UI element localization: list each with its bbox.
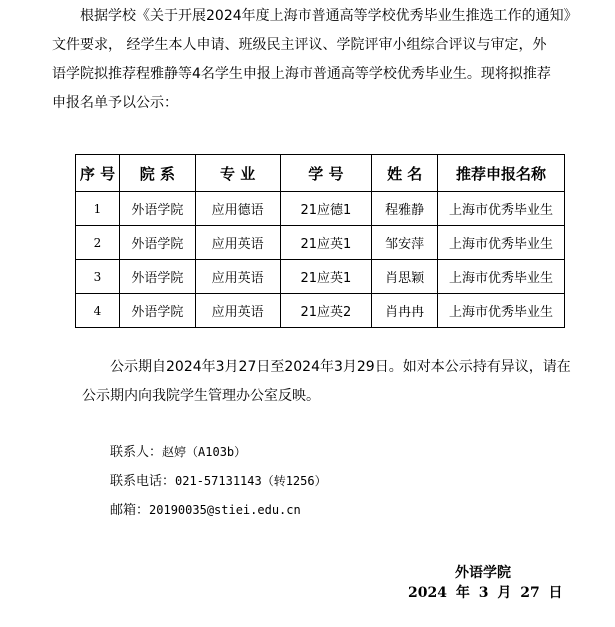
- cell-student-id: 21应德1: [280, 192, 372, 226]
- cell-major: 应用英语: [195, 294, 280, 328]
- table-row: 4 外语学院 应用英语 21应英2 肖冉冉 上海市优秀毕业生: [76, 294, 565, 328]
- cell-major: 应用德语: [195, 192, 280, 226]
- table-header-row: 序 号 院 系 专 业 学 号 姓 名 推荐申报名称: [76, 155, 565, 192]
- contact-block: 联系人：赵婷（A103b） 联系电话：021-57131143（转1256） 邮…: [110, 438, 327, 525]
- cell-department: 外语学院: [119, 192, 195, 226]
- cell-seq: 3: [76, 260, 120, 294]
- cell-major: 应用英语: [195, 226, 280, 260]
- table-row: 1 外语学院 应用德语 21应德1 程雅静 上海市优秀毕业生: [76, 192, 565, 226]
- signature-date: 2024 年 3 月 27 日: [408, 582, 563, 602]
- intro-line-3: 语学院拟推荐程雅静等4名学生申报上海市普通高等学校优秀毕业生。现将拟推荐: [52, 60, 572, 89]
- notice-line-2: 公示期内向我院学生管理办公室反映。: [82, 382, 582, 411]
- intro-line-4: 申报名单予以公示：: [52, 89, 572, 118]
- contact-person-value: 赵婷（A103b）: [162, 445, 246, 459]
- cell-name: 程雅静: [372, 192, 438, 226]
- intro-line-2: 文件要求， 经学生本人申请、班级民主评议、学院评审小组综合评议与审定，外: [52, 31, 572, 60]
- contact-email: 邮箱：20190035@stiei.edu.cn: [110, 496, 327, 525]
- contact-person-label: 联系人：: [110, 445, 162, 460]
- header-major: 专 业: [195, 155, 280, 192]
- cell-name: 邹安萍: [372, 226, 438, 260]
- cell-award: 上海市优秀毕业生: [438, 226, 565, 260]
- cell-department: 外语学院: [119, 294, 195, 328]
- notice-line-1: 公示期自2024年3月27日至2024年3月29日。如对本公示持有异议，请在: [82, 353, 582, 382]
- cell-seq: 1: [76, 192, 120, 226]
- contact-phone: 联系电话：021-57131143（转1256）: [110, 467, 327, 496]
- cell-department: 外语学院: [119, 260, 195, 294]
- header-award: 推荐申报名称: [438, 155, 565, 192]
- cell-award: 上海市优秀毕业生: [438, 192, 565, 226]
- table-row: 2 外语学院 应用英语 21应英1 邹安萍 上海市优秀毕业生: [76, 226, 565, 260]
- header-name: 姓 名: [372, 155, 438, 192]
- cell-student-id: 21应英2: [280, 294, 372, 328]
- signature-organization: 外语学院: [455, 562, 511, 582]
- contact-email-value[interactable]: 20190035@stiei.edu.cn: [149, 503, 301, 517]
- cell-seq: 2: [76, 226, 120, 260]
- cell-award: 上海市优秀毕业生: [438, 294, 565, 328]
- cell-student-id: 21应英1: [280, 260, 372, 294]
- cell-major: 应用英语: [195, 260, 280, 294]
- contact-email-label: 邮箱：: [110, 503, 149, 518]
- intro-paragraph: 根据学校《关于开展2024年度上海市普通高等学校优秀毕业生推选工作的通知》 文件…: [52, 2, 572, 118]
- contact-phone-value: 021-57131143（转1256）: [175, 474, 327, 488]
- cell-seq: 4: [76, 294, 120, 328]
- header-seq: 序 号: [76, 155, 120, 192]
- notice-paragraph: 公示期自2024年3月27日至2024年3月29日。如对本公示持有异议，请在 公…: [82, 353, 582, 411]
- cell-name: 肖冉冉: [372, 294, 438, 328]
- cell-department: 外语学院: [119, 226, 195, 260]
- cell-name: 肖思颖: [372, 260, 438, 294]
- table-row: 3 外语学院 应用英语 21应英1 肖思颖 上海市优秀毕业生: [76, 260, 565, 294]
- contact-person: 联系人：赵婷（A103b）: [110, 438, 327, 467]
- contact-phone-label: 联系电话：: [110, 474, 175, 489]
- header-department: 院 系: [119, 155, 195, 192]
- intro-line-1: 根据学校《关于开展2024年度上海市普通高等学校优秀毕业生推选工作的通知》: [52, 2, 572, 31]
- header-student-id: 学 号: [280, 155, 372, 192]
- recommendation-table: 序 号 院 系 专 业 学 号 姓 名 推荐申报名称 1 外语学院 应用德语 2…: [75, 154, 565, 328]
- cell-student-id: 21应英1: [280, 226, 372, 260]
- cell-award: 上海市优秀毕业生: [438, 260, 565, 294]
